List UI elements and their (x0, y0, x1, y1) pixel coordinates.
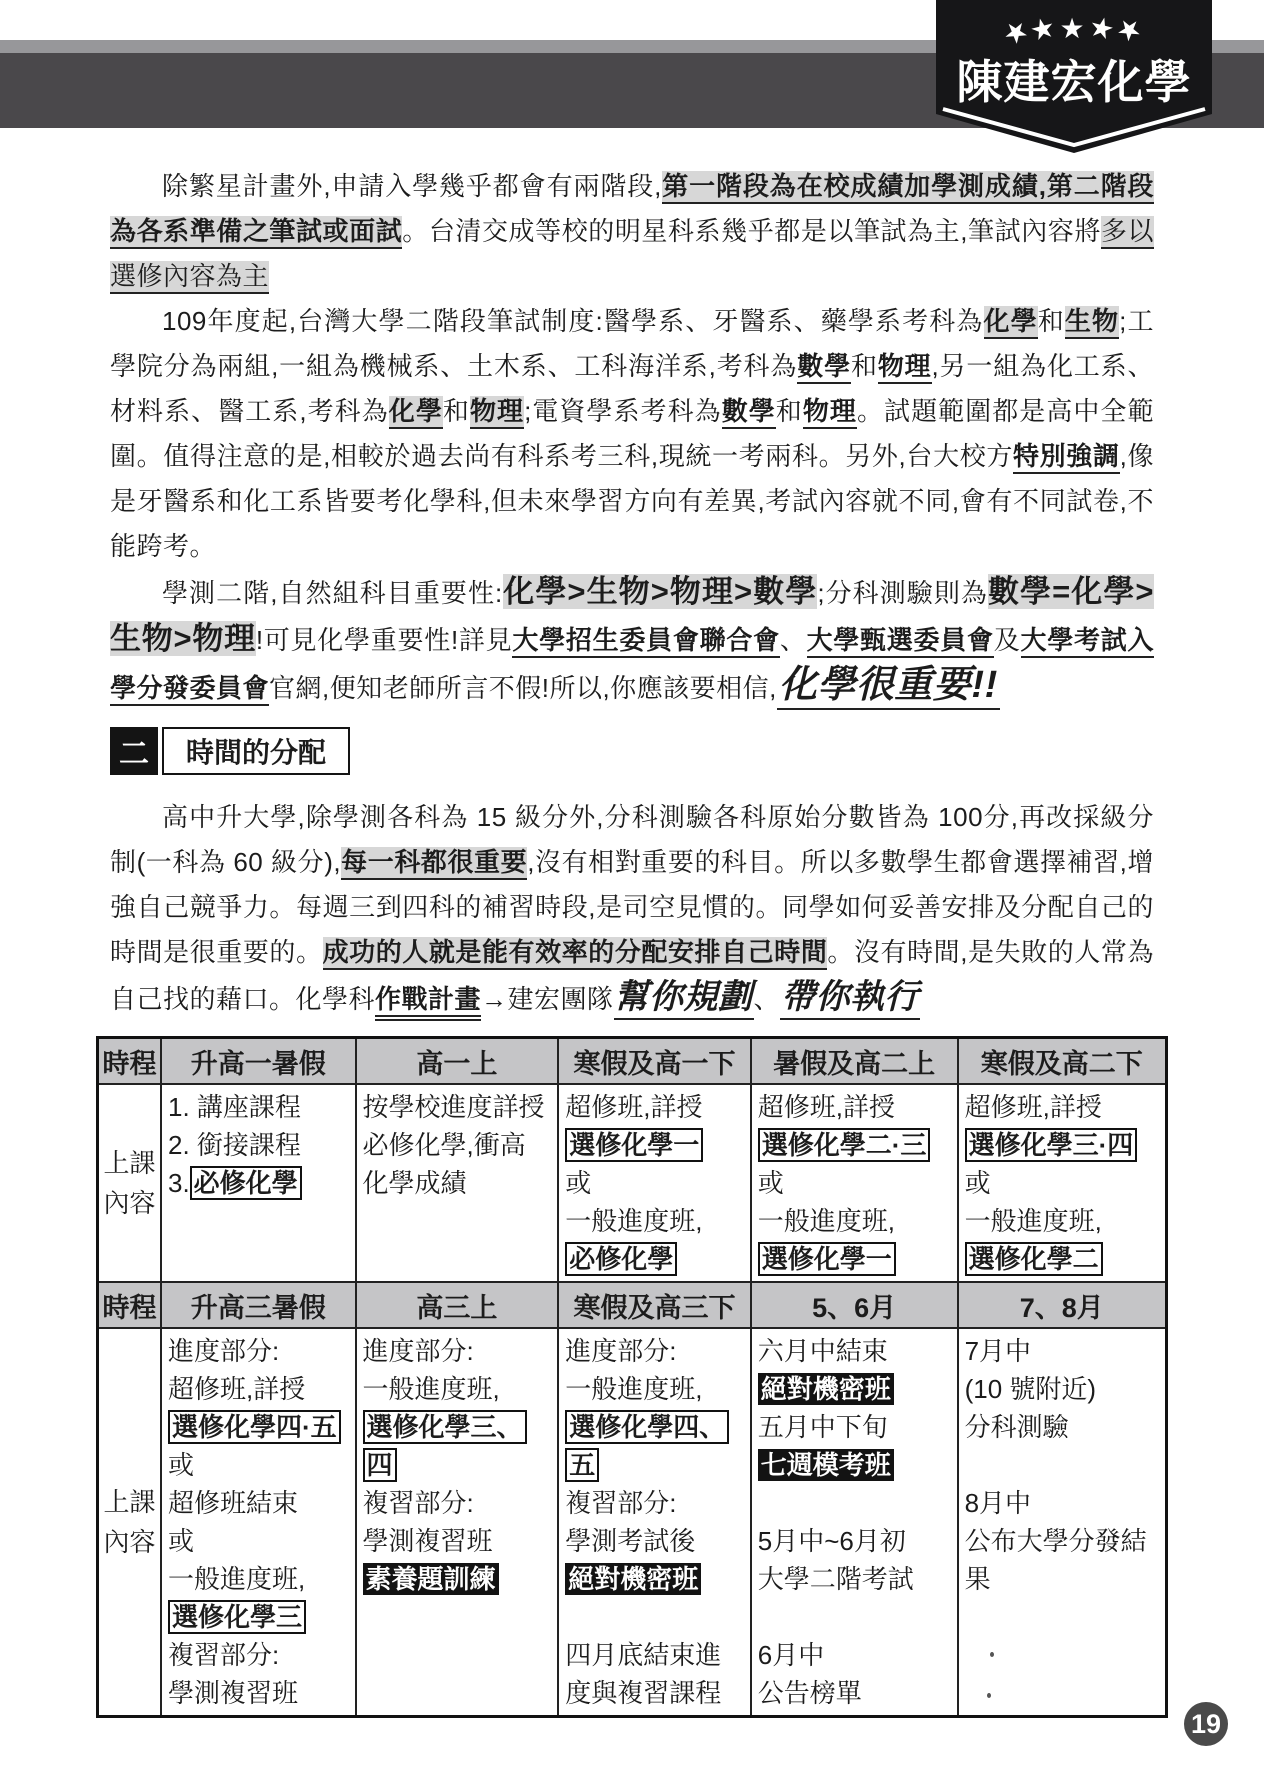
table-cell-line: 一般進度班, (758, 1202, 951, 1240)
table-cell: 進度部分:一般進度班,選修化學三、四複習部分:學測複習班素養題訓練 (356, 1328, 559, 1717)
table-text: 複習部分: (363, 1488, 474, 1518)
text-segment: 帶你執行 (780, 978, 920, 1020)
table-cell-line: 選修化學二·三 (758, 1126, 951, 1164)
table-cell-line: 絕對機密班 (758, 1370, 951, 1408)
dot-artifact (987, 1693, 991, 1698)
table-header-cell: 寒假及高一下 (558, 1038, 751, 1085)
table-cell-line: 一般進度班, (565, 1370, 744, 1408)
table-cell-line: 複習部分: (363, 1484, 552, 1522)
table-cell-line: 公告榜單 (758, 1674, 951, 1712)
table-text: 公告榜單 (758, 1678, 862, 1708)
table-text: 3. (168, 1168, 190, 1198)
table-text: 分科測驗 (965, 1412, 1069, 1442)
table-cell-line: 學測複習班 (363, 1522, 552, 1560)
table-cell-line: (10 號附近) (965, 1370, 1159, 1408)
table-cell-line: 超修班,詳授 (168, 1370, 349, 1408)
table-cell-line: 必修化學 (565, 1240, 744, 1278)
inverted-course-label: 素養題訓練 (363, 1563, 499, 1595)
table-header-row: 時程升高一暑假高一上寒假及高一下暑假及高二上寒假及高二下 (98, 1038, 1167, 1085)
table-cell-line: 一般進度班, (363, 1370, 552, 1408)
boxed-course-label: 選修化學二·三 (758, 1128, 931, 1162)
table-cell-line: 進度部分: (565, 1332, 744, 1370)
table-text: 2. 銜接課程 (168, 1130, 301, 1160)
table-text: 或 (565, 1168, 591, 1198)
text-segment: ;電資學系考科為 (524, 396, 722, 426)
text-segment: ;分科測驗則為 (817, 578, 988, 608)
table-text: 學測複習班 (363, 1526, 493, 1556)
table-text: 或 (168, 1526, 194, 1556)
table-text: 7月中 (965, 1336, 1031, 1366)
table-cell: 進度部分:一般進度班,選修化學四、五複習部分:學測考試後絕對機密班四月底結束進度… (558, 1328, 751, 1717)
table-cell-blank-line (565, 1598, 744, 1636)
table-header-cell: 升高一暑假 (161, 1038, 356, 1085)
table-text: 5月中~6月初 (758, 1526, 906, 1556)
text-segment: 及 (994, 625, 1021, 655)
text-segment: 和 (776, 396, 803, 426)
table-header-cell: 高三上 (356, 1282, 559, 1328)
table-cell: 六月中結束絕對機密班五月中下旬七週模考班5月中~6月初大學二階考試6月中公告榜單 (751, 1328, 958, 1717)
table-cell-line: 或 (168, 1446, 349, 1484)
table-cell-line: 一般進度班, (965, 1202, 1159, 1240)
table-text: 一般進度班, (565, 1374, 702, 1404)
table-cell-line: 超修班結束 (168, 1484, 349, 1522)
table-cell-line: 或 (565, 1164, 744, 1202)
table-cell-line: 5月中~6月初 (758, 1522, 951, 1560)
table-text: 學測複習班 (168, 1678, 298, 1708)
table-text: 1. 講座課程 (168, 1092, 301, 1122)
table-cell-line: 選修化學四·五 (168, 1408, 349, 1446)
text-segment: 大學甄選委員會 (807, 625, 994, 658)
table-text: 一般進度班, (965, 1206, 1102, 1236)
table-cell-line: 或 (168, 1522, 349, 1560)
table-text: 四月底結束進度與複習課程 (565, 1640, 721, 1708)
table-cell-line: 四月底結束進度與複習課程 (565, 1636, 744, 1712)
table-text: 五月中下旬 (758, 1412, 888, 1442)
table-text: (10 號附近) (965, 1374, 1096, 1404)
inverted-course-label: 絕對機密班 (758, 1373, 894, 1405)
boxed-course-label: 選修化學四、五 (565, 1410, 729, 1482)
table-cell-line: 複習部分: (168, 1636, 349, 1674)
text-segment: 109年度起,台灣大學二階段筆試制度:醫學系、牙醫系、藥學系考科為 (162, 306, 984, 336)
text-segment: 和 (851, 351, 878, 381)
text-segment: 化學 (389, 396, 443, 429)
table-cell-line: 六月中結束 (758, 1332, 951, 1370)
table-cell-line: 或 (758, 1164, 951, 1202)
table-text: 進度部分: (363, 1336, 474, 1366)
text-segment: !可見化學重要性!詳見 (256, 625, 513, 655)
page-number-badge: 19 (1184, 1702, 1228, 1746)
table-cell-line: 選修化學三、四 (363, 1408, 552, 1484)
table-cell-line: 選修化學三·四 (965, 1126, 1159, 1164)
table-cell: 進度部分:超修班,詳授選修化學四·五或超修班結束或一般進度班,選修化學三複習部分… (161, 1328, 356, 1717)
table-header-row: 時程升高三暑假高三上寒假及高三下5、6月7、8月 (98, 1282, 1167, 1328)
table-cell-line: 學測複習班 (168, 1674, 349, 1712)
star-icon: ★ (1027, 11, 1063, 47)
table-text: 進度部分: (565, 1336, 676, 1366)
table-header-cell: 高一上 (356, 1038, 559, 1085)
table-text: 一般進度班, (363, 1374, 500, 1404)
table-cell-line: 複習部分: (565, 1484, 744, 1522)
table-cell-line: 超修班,詳授 (965, 1088, 1159, 1126)
boxed-course-label: 選修化學三、四 (363, 1410, 527, 1482)
table-cell-line: 2. 銜接課程 (168, 1126, 349, 1164)
text-segment: 物理 (878, 351, 932, 384)
table-text: 超修班,詳授 (168, 1374, 305, 1404)
table-text: 公布大學分發結果 (965, 1526, 1147, 1594)
section-title: 時間的分配 (162, 727, 350, 775)
star-rating-icons: ★★★★★ (936, 14, 1212, 44)
table-text: 或 (168, 1450, 194, 1480)
table-cell-line: 7月中 (965, 1332, 1159, 1370)
table-cell-line: 進度部分: (168, 1332, 349, 1370)
table-text: 8月中 (965, 1488, 1031, 1518)
table-text: 超修班結束 (168, 1488, 298, 1518)
table-row-label: 上課內容 (98, 1328, 161, 1717)
table-text: 複習部分: (168, 1640, 279, 1670)
text-segment: 特別強調 (1013, 441, 1120, 474)
table-text: 進度部分: (168, 1336, 279, 1366)
text-segment: 、 (754, 984, 781, 1014)
table-cell-line: 選修化學二 (965, 1240, 1159, 1278)
table-cell: 1. 講座課程2. 銜接課程3.必修化學 (161, 1084, 356, 1282)
boxed-course-label: 選修化學三·四 (965, 1128, 1138, 1162)
table-text: 超修班,詳授 (565, 1092, 702, 1122)
table-cell-line: 選修化學三 (168, 1598, 349, 1636)
text-segment: 幫你規劃 (614, 978, 754, 1020)
table-cell-line: 按學校進度詳授必修化學,衝高化學成績 (363, 1088, 552, 1202)
table-text: 超修班,詳授 (758, 1092, 895, 1122)
table-cell-blank-line (758, 1598, 951, 1636)
table-header-cell: 時程 (98, 1282, 161, 1328)
table-text: 複習部分: (565, 1488, 676, 1518)
table-text: 或 (965, 1168, 991, 1198)
table-cell-blank-line (965, 1446, 1159, 1484)
table-cell-line: 公布大學分發結果 (965, 1522, 1159, 1598)
table-cell-line: 3.必修化學 (168, 1164, 349, 1202)
text-segment: 學測二階,自然組科目重要性: (162, 578, 503, 608)
table-header-cell: 升高三暑假 (161, 1282, 356, 1328)
text-segment: 大學招生委員會聯合會 (512, 625, 779, 658)
table-cell-line: 超修班,詳授 (565, 1088, 744, 1126)
table-header-cell: 7、8月 (958, 1282, 1167, 1328)
section-header: 二 時間的分配 (110, 727, 1168, 775)
table-header-cell: 寒假及高三下 (558, 1282, 751, 1328)
paragraph-ntu-exam-system: 109年度起,台灣大學二階段筆試制度:醫學系、牙醫系、藥學系考科為化學和生物;工… (110, 299, 1154, 569)
table-cell: 按學校進度詳授必修化學,衝高化學成績 (356, 1084, 559, 1282)
table-text: 一般進度班, (565, 1206, 702, 1236)
table-cell-line: 8月中 (965, 1484, 1159, 1522)
table-cell-line: 進度部分: (363, 1332, 552, 1370)
text-segment: 每一科都很重要 (341, 847, 527, 880)
table-content-row: 上課內容1. 講座課程2. 銜接課程3.必修化學按學校進度詳授必修化學,衝高化學… (98, 1084, 1167, 1282)
table-cell: 超修班,詳授選修化學一或一般進度班,必修化學 (558, 1084, 751, 1282)
text-segment: 數學 (722, 396, 776, 429)
table-text: 學測考試後 (565, 1526, 695, 1556)
boxed-course-label: 選修化學一 (758, 1242, 896, 1276)
table-header-cell: 寒假及高二下 (958, 1038, 1167, 1085)
text-segment: 數學 (797, 351, 851, 384)
table-text: 6月中 (758, 1640, 824, 1670)
boxed-course-label: 選修化學二 (965, 1242, 1103, 1276)
schedule-table: 時程升高一暑假高一上寒假及高一下暑假及高二上寒假及高二下上課內容1. 講座課程2… (96, 1036, 1168, 1718)
text-segment: 化學很重要!! (777, 664, 1000, 710)
table-cell: 7月中(10 號附近)分科測驗8月中公布大學分發結果 (958, 1328, 1167, 1717)
boxed-course-label: 必修化學 (190, 1166, 302, 1200)
table-text: 大學二階考試 (758, 1564, 914, 1594)
table-text: 超修班,詳授 (965, 1092, 1102, 1122)
table-row-label: 上課內容 (98, 1084, 161, 1282)
text-segment: 官網,便知老師所言不假!所以,你應該要相信, (269, 673, 777, 703)
table-text: 一般進度班, (168, 1564, 305, 1594)
table-cell: 超修班,詳授選修化學二·三或一般進度班,選修化學一 (751, 1084, 958, 1282)
text-segment: 作戰計畫 (375, 984, 481, 1021)
table-cell-line: 選修化學一 (565, 1126, 744, 1164)
inverted-course-label: 絕對機密班 (565, 1563, 701, 1595)
boxed-course-label: 選修化學一 (565, 1128, 703, 1162)
table-cell-line: 五月中下旬 (758, 1408, 951, 1446)
text-segment: 和 (443, 396, 470, 426)
text-segment: 、 (780, 625, 807, 655)
table-cell-line: 素養題訓練 (363, 1560, 552, 1598)
text-segment: 除繁星計畫外,申請入學幾乎都會有兩階段, (162, 171, 662, 201)
table-cell-line: 一般進度班, (168, 1560, 349, 1598)
brand-badge: ★★★★★ 陳建宏化學 (936, 0, 1212, 154)
boxed-course-label: 選修化學三 (168, 1600, 306, 1634)
text-segment: 物理 (470, 396, 524, 429)
table-cell-blank-line (758, 1484, 951, 1522)
table-text: 一般進度班, (758, 1206, 895, 1236)
table-header-cell: 時程 (98, 1038, 161, 1085)
table-cell-line: 七週模考班 (758, 1446, 951, 1484)
page-content: 除繁星計畫外,申請入學幾乎都會有兩階段,第一階段為在校成績加學測成績,第二階段為… (96, 146, 1168, 1718)
text-segment: 。台清交成等校的明星科系幾乎都是以筆試為主,筆試內容將 (402, 216, 1101, 246)
table-cell-line: 大學二階考試 (758, 1560, 951, 1598)
text-segment: 成功的人就是能有效率的分配安排自己時間 (323, 937, 828, 970)
paragraph-admission-stages: 除繁星計畫外,申請入學幾乎都會有兩階段,第一階段為在校成績加學測成績,第二階段為… (110, 164, 1154, 299)
paragraph-time-allocation: 高中升大學,除學測各科為 15 級分外,分科測驗各科原始分數皆為 100分,再改… (110, 795, 1154, 1022)
table-cell: 超修班,詳授選修化學三·四或一般進度班,選修化學二 (958, 1084, 1167, 1282)
text-segment: 生物 (1065, 306, 1119, 339)
text-segment: →建宏團隊 (481, 984, 614, 1014)
table-cell-line: 絕對機密班 (565, 1560, 744, 1598)
table-text: 按學校進度詳授必修化學,衝高化學成績 (363, 1092, 545, 1198)
boxed-course-label: 選修化學四·五 (168, 1410, 341, 1444)
table-cell-line: 6月中 (758, 1636, 951, 1674)
table-cell-line: 選修化學一 (758, 1240, 951, 1278)
table-cell-line: 或 (965, 1164, 1159, 1202)
dot-artifact (990, 1652, 994, 1657)
star-icon: ★ (1059, 14, 1088, 44)
table-cell-line: 學測考試後 (565, 1522, 744, 1560)
text-segment: 物理 (803, 396, 857, 429)
text-segment: 化學>生物>物理>數學 (503, 574, 818, 609)
boxed-course-label: 必修化學 (565, 1242, 677, 1276)
text-segment: 和 (1038, 306, 1065, 336)
table-cell-line: 一般進度班, (565, 1202, 744, 1240)
table-text: 或 (758, 1168, 784, 1198)
inverted-course-label: 七週模考班 (758, 1449, 894, 1481)
table-header-cell: 5、6月 (751, 1282, 958, 1328)
text-segment: 化學 (984, 306, 1038, 339)
brand-title: 陳建宏化學 (936, 46, 1212, 112)
table-cell-line: 分科測驗 (965, 1408, 1159, 1446)
table-text: 六月中結束 (758, 1336, 888, 1366)
table-cell-line: 超修班,詳授 (758, 1088, 951, 1126)
table-content-row: 上課內容進度部分:超修班,詳授選修化學四·五或超修班結束或一般進度班,選修化學三… (98, 1328, 1167, 1717)
table-cell-line: 1. 講座課程 (168, 1088, 349, 1126)
section-number-badge: 二 (110, 727, 158, 775)
paragraph-subject-importance: 學測二階,自然組科目重要性:化學>生物>物理>數學;分科測驗則為數學=化學>生物… (110, 569, 1154, 711)
table-header-cell: 暑假及高二上 (751, 1038, 958, 1085)
table-cell-line: 選修化學四、五 (565, 1408, 744, 1484)
